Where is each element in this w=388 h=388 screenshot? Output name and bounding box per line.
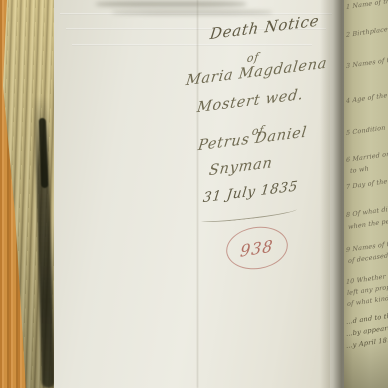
form-item-6: 6 Married or unm xyxy=(346,147,388,164)
form-item-7: 7 Day of the Dec xyxy=(346,175,388,191)
ink-bleedthrough-smudge xyxy=(96,1,246,7)
form-item-3: 3 Names of the Pa xyxy=(346,53,388,70)
binding-gutter-shadow xyxy=(320,0,346,388)
form-item-8: 8 Of what disease xyxy=(346,202,388,219)
form-item-9-cont: of deceased xyxy=(348,251,388,265)
form-item-1: 1 Name of the De xyxy=(346,0,388,11)
reference-number: 938 xyxy=(240,236,275,261)
form-footnote-script: …d and to the b… xyxy=(346,309,388,326)
page-crease xyxy=(72,44,312,46)
page-fold-crease xyxy=(197,0,198,388)
form-footnote-script: …y April 18… xyxy=(346,335,388,350)
ink-bleedthrough-smudge xyxy=(112,10,272,15)
photograph-of-register: Death Notice of Maria Magdalena Mostert … xyxy=(0,0,388,388)
form-item-4: 4 Age of the Dec xyxy=(346,89,388,105)
right-page-form-column: 1 Name of the De 2 Birthplace 3 Names of… xyxy=(344,0,388,388)
form-item-2: 2 Birthplace xyxy=(346,25,388,39)
form-item-5: 5 Condition in li xyxy=(346,121,388,137)
handwriting-line-of: of xyxy=(246,50,260,65)
form-item-6-cont: to wh xyxy=(350,164,369,175)
